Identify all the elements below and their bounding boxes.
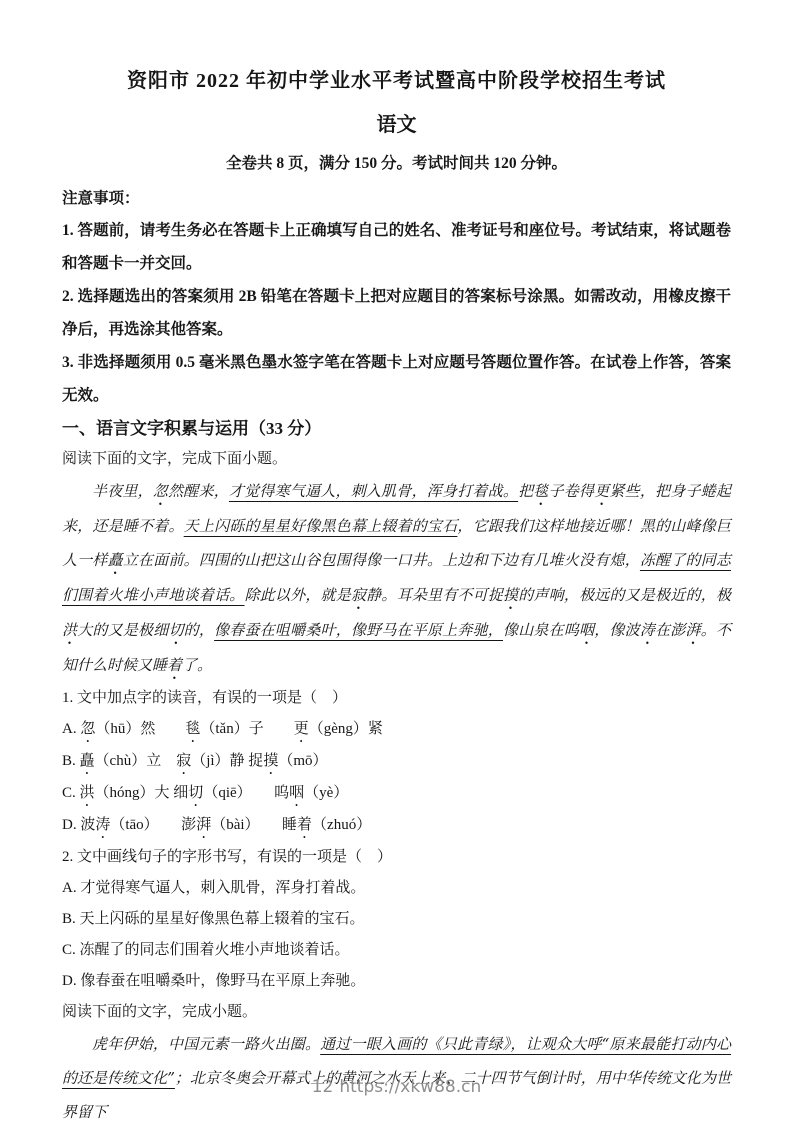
text-segment: 半夜里， bbox=[92, 482, 153, 500]
text-segment: 湃 bbox=[686, 621, 701, 639]
text-segment: 湃 bbox=[196, 817, 211, 833]
text-segment: 的， bbox=[184, 621, 214, 639]
section-1-heading: 一、语言文字积累与运用（33 分） bbox=[62, 414, 731, 444]
text-segment: 像山泉在呜 bbox=[503, 621, 579, 639]
text-segment: B. bbox=[62, 753, 80, 769]
text-segment: 忽 bbox=[153, 482, 168, 500]
page-footer: 12https://xkw88.cn bbox=[0, 1076, 793, 1098]
text-segment: 天上闪砾的星星好像黑色幕上辍着的宝石 bbox=[184, 517, 458, 535]
question-2-stem: 2. 文中画线句子的字形书写，有误的一项是（ ） bbox=[62, 842, 731, 873]
text-segment: 立在面前。四围的山把这山谷包围得像一口井。上边和下边有几堆火没有熄， bbox=[123, 551, 640, 569]
question-2-option-c: C. 冻醒了的同志们围着火堆小声地谈着话。 bbox=[62, 935, 731, 966]
text-segment: 摸 bbox=[503, 586, 518, 604]
text-segment: 虎年伊始，中国元素一路火出圈。 bbox=[92, 1035, 320, 1053]
text-segment: 大的又是极细 bbox=[77, 621, 168, 639]
question-1-option-a: A. 忽（hū）然 毯（tǎn）子 更（gèng）紧 bbox=[62, 714, 731, 746]
text-segment: 寂 bbox=[176, 753, 191, 769]
footer-page-number: 12 bbox=[312, 1077, 334, 1097]
text-segment: 切 bbox=[168, 621, 183, 639]
text-segment: 了。 bbox=[182, 656, 212, 674]
text-segment: 在澎 bbox=[655, 621, 685, 639]
text-segment: 更 bbox=[594, 482, 609, 500]
text-segment: 矗 bbox=[108, 551, 123, 569]
text-segment: D. 波 bbox=[62, 817, 95, 833]
text-segment: 着 bbox=[167, 656, 182, 674]
question-1-option-d: D. 波涛（tāo） 澎湃（bài） 睡着（zhuó） bbox=[62, 810, 731, 842]
subject-title: 语文 bbox=[62, 110, 731, 140]
text-segment: 毯 bbox=[533, 482, 548, 500]
text-segment: （chù）立 bbox=[95, 753, 177, 769]
footer-url: https://xkw88.cn bbox=[339, 1077, 481, 1097]
text-segment: 着 bbox=[297, 817, 312, 833]
text-segment: （tǎn）子 bbox=[200, 721, 293, 737]
notice-heading: 注意事项： bbox=[62, 184, 731, 214]
text-segment: 矗 bbox=[80, 753, 95, 769]
reading-intro-1: 阅读下面的文字，完成下面小题。 bbox=[62, 444, 731, 474]
question-1-option-c: C. 洪（hóng）大 细切（qiē） 呜咽（yè） bbox=[62, 778, 731, 810]
text-segment: 洪 bbox=[62, 621, 77, 639]
text-segment: （gèng）紧 bbox=[309, 721, 383, 737]
question-1-stem: 1. 文中加点字的读音，有误的一项是（ ） bbox=[62, 683, 731, 714]
text-segment: 然醒来， bbox=[168, 482, 229, 500]
reading-intro-2: 阅读下面的文字，完成小题。 bbox=[62, 997, 731, 1027]
text-segment: （hū）然 bbox=[95, 721, 185, 737]
question-2-option-a: A. 才觉得寒气逼人，刺入肌骨，浑身打着战。 bbox=[62, 873, 731, 904]
passage-1: 半夜里，忽然醒来，才觉得寒气逼人，刺入肌骨，浑身打着战。把毯子卷得更紧些，把身子… bbox=[62, 474, 731, 683]
notice-item-1: 1. 答题前，请考生务必在答题卡上正确填写自己的姓名、准考证号和座位号。考试结束… bbox=[62, 214, 731, 280]
notice-item-3: 3. 非选择题须用 0.5 毫米黑色墨水签字笔在答题卡上对应题号答题位置作答。在… bbox=[62, 346, 731, 412]
page-content: 资阳市 2022 年初中学业水平考试暨高中阶段学校招生考试 语文 全卷共 8 页… bbox=[0, 66, 793, 1122]
text-segment: 的声响，极远的又是极近的，极 bbox=[518, 586, 731, 604]
text-segment: （jì）静 捉 bbox=[191, 753, 263, 769]
notice-item-2: 2. 选择题选出的答案须用 2B 铅笔在答题卡上把对应题目的答案标号涂黑。如需改… bbox=[62, 280, 731, 346]
text-segment: （zhuó） bbox=[312, 817, 371, 833]
question-1-option-b: B. 矗（chù）立 寂（jì）静 捉摸（mō） bbox=[62, 746, 731, 778]
text-segment: A. bbox=[62, 721, 80, 737]
text-segment: （hóng）大 细 bbox=[95, 785, 189, 801]
question-2-option-d: D. 像春蚕在咀嚼桑叶，像野马在平原上奔驰。 bbox=[62, 966, 731, 997]
text-segment: ，像波 bbox=[594, 621, 640, 639]
text-segment: （yè） bbox=[304, 785, 348, 801]
text-segment: 涛 bbox=[640, 621, 655, 639]
passage-2: 虎年伊始，中国元素一路火出圈。通过一眼入画的《只此青绿》，让观众大呼“原来最能打… bbox=[62, 1027, 731, 1122]
text-segment: （mō） bbox=[278, 753, 327, 769]
text-segment: 静。耳朵里有不可捉 bbox=[366, 586, 503, 604]
text-segment: 忽 bbox=[80, 721, 95, 737]
text-segment: 咽 bbox=[579, 621, 594, 639]
text-segment: 切 bbox=[188, 785, 203, 801]
text-segment: （bài） 睡 bbox=[211, 817, 297, 833]
text-segment: 像春蚕在咀嚼桑叶，像野马在平原上奔驰， bbox=[214, 621, 503, 639]
text-segment: 更 bbox=[294, 721, 309, 737]
text-segment: （qiē） 呜 bbox=[203, 785, 289, 801]
text-segment: 除此以外，就是 bbox=[245, 586, 351, 604]
text-segment: 子卷得 bbox=[549, 482, 595, 500]
text-segment: 把 bbox=[518, 482, 533, 500]
exam-info-line: 全卷共 8 页，满分 150 分。考试时间共 120 分钟。 bbox=[62, 152, 731, 176]
text-segment: （tāo） 澎 bbox=[110, 817, 196, 833]
question-2-option-b: B. 天上闪砾的星星好像黑色幕上辍着的宝石。 bbox=[62, 904, 731, 935]
text-segment: 洪 bbox=[80, 785, 95, 801]
text-segment: 寂 bbox=[351, 586, 366, 604]
text-segment: 咽 bbox=[289, 785, 304, 801]
exam-paper-page: 资阳市 2022 年初中学业水平考试暨高中阶段学校招生考试 语文 全卷共 8 页… bbox=[0, 0, 793, 1122]
text-segment: 毯 bbox=[185, 721, 200, 737]
text-segment: C. bbox=[62, 785, 80, 801]
text-segment: 摸 bbox=[263, 753, 278, 769]
text-segment: 涛 bbox=[95, 817, 110, 833]
text-segment: 才觉得寒气逼人，刺入肌骨，浑身打着战。 bbox=[229, 482, 518, 500]
exam-title: 资阳市 2022 年初中学业水平考试暨高中阶段学校招生考试 bbox=[62, 66, 731, 96]
